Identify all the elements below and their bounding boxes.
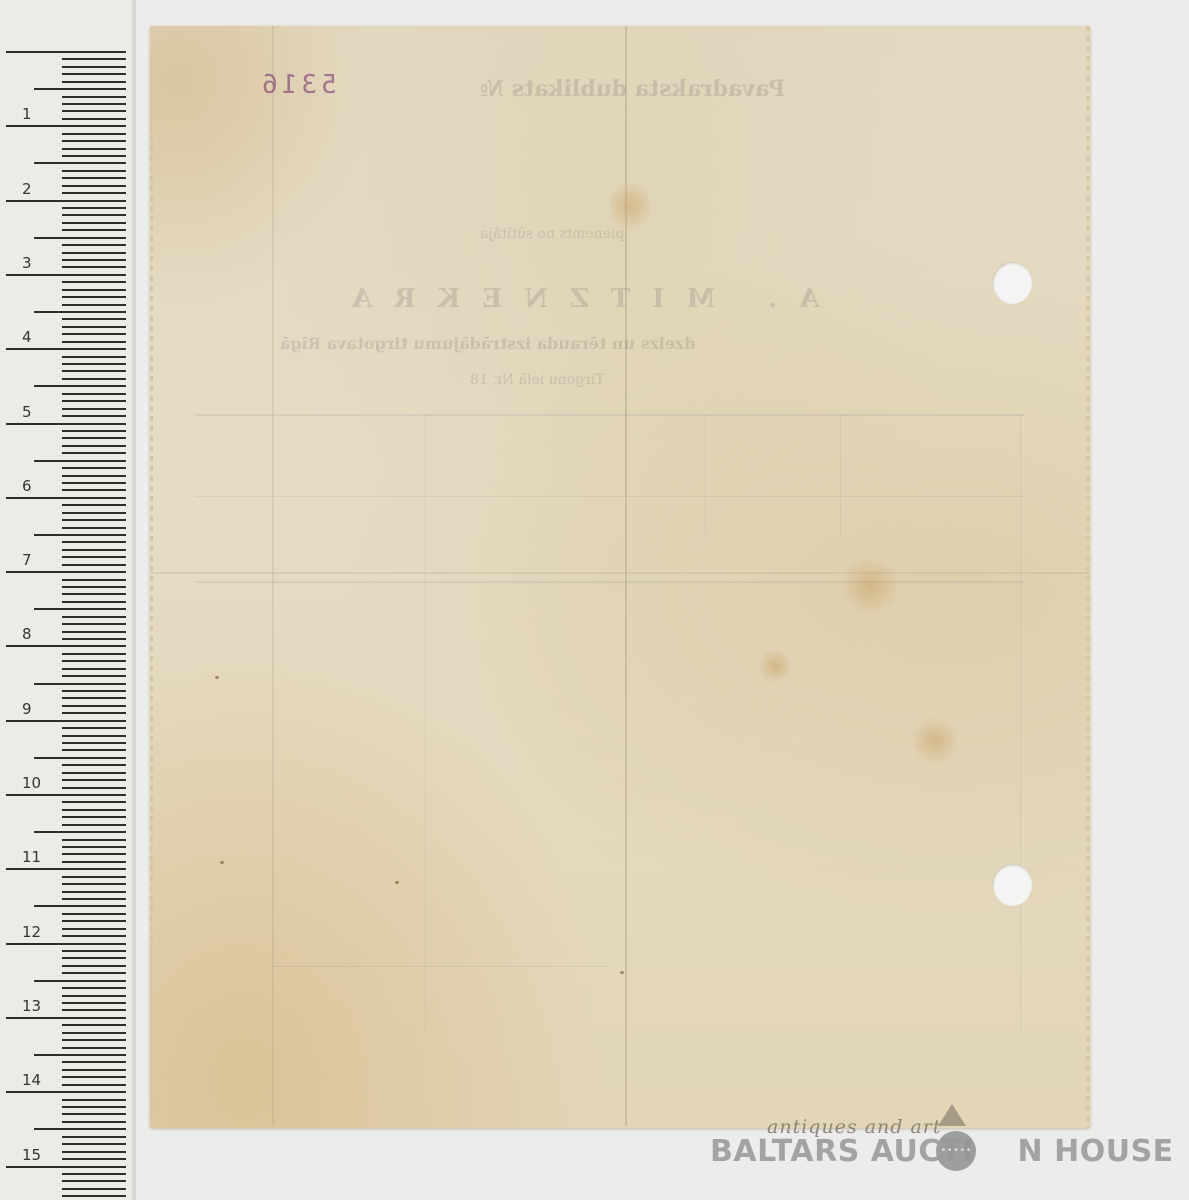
ruler-tick — [62, 370, 126, 372]
ruler-tick — [34, 385, 126, 387]
ruler-tick — [34, 1128, 126, 1130]
ruler-tick — [62, 898, 126, 900]
ruler-tick — [62, 928, 126, 930]
ruler-tick — [62, 846, 126, 848]
ruler-tick — [62, 712, 126, 714]
ruler-tick — [62, 839, 126, 841]
ruler-tick — [62, 140, 126, 142]
ruler-tick — [62, 1173, 126, 1175]
ruler-label: 5 — [22, 403, 32, 421]
ruler-tick — [34, 608, 126, 610]
ruler-tick — [34, 88, 126, 90]
ruler-tick — [62, 155, 126, 157]
ruler-tick — [62, 341, 126, 343]
centimeter-ruler: 123456789101112131415 — [0, 0, 136, 1200]
ruler-tick — [62, 252, 126, 254]
ruler-tick — [34, 534, 126, 536]
table-column — [425, 414, 426, 1034]
ruler-tick — [62, 920, 126, 922]
ruler-tick — [6, 645, 126, 647]
ruler-tick — [6, 200, 126, 202]
ruler-tick — [62, 207, 126, 209]
ruler-tick — [62, 527, 126, 529]
ruler-tick — [62, 705, 126, 707]
stamp-number: 5316 — [258, 70, 337, 100]
ruler-tick — [62, 1099, 126, 1101]
ruler-tick — [62, 430, 126, 432]
punch-hole-top — [992, 262, 1032, 304]
ruler-tick — [62, 333, 126, 335]
ruler-tick — [62, 1024, 126, 1026]
ruler-tick — [62, 185, 126, 187]
ruler-tick — [62, 631, 126, 633]
ruler-tick — [62, 118, 126, 120]
ruler-tick — [62, 452, 126, 454]
ruler-tick — [34, 311, 126, 313]
ruler-tick — [62, 489, 126, 491]
bleed-header: Pavadraksta dublikats № — [480, 76, 785, 102]
ruler-tick — [62, 519, 126, 521]
speck — [620, 971, 624, 974]
ruler-tick — [62, 1069, 126, 1071]
ruler-tick — [62, 222, 126, 224]
ruler-tick — [62, 1009, 126, 1011]
ruler-tick — [62, 556, 126, 558]
ruler-tick — [62, 801, 126, 803]
ruler-tick — [62, 1002, 126, 1004]
ruler-tick — [62, 363, 126, 365]
ruler-tick — [62, 638, 126, 640]
ruler-tick — [62, 601, 126, 603]
ruler-tick — [62, 541, 126, 543]
ruler-tick — [62, 304, 126, 306]
ruler-tick — [62, 697, 126, 699]
ruler-tick — [62, 437, 126, 439]
ruler-tick — [62, 749, 126, 751]
ruler-tick — [62, 1180, 126, 1182]
ruler-tick — [62, 1084, 126, 1086]
ruler-tick — [34, 237, 126, 239]
ruler-tick — [62, 133, 126, 135]
ruler-tick — [62, 1121, 126, 1123]
ruler-tick — [62, 110, 126, 112]
ruler-tick — [6, 1017, 126, 1019]
ruler-tick — [62, 266, 126, 268]
ruler-tick — [6, 794, 126, 796]
ruler-tick — [62, 356, 126, 358]
ruler-tick — [62, 318, 126, 320]
ruler-tick — [6, 274, 126, 276]
ruler-label: 13 — [22, 997, 41, 1015]
ruler-tick — [6, 868, 126, 870]
ruler-tick — [62, 764, 126, 766]
ruler-tick — [62, 177, 126, 179]
ruler-tick — [62, 1188, 126, 1190]
ruler-tick — [62, 96, 126, 98]
document-paper: 5316 Pavadraksta dublikats № pieņemts no… — [150, 26, 1090, 1128]
speck — [395, 881, 399, 884]
ruler-tick — [62, 81, 126, 83]
ruler-tick — [62, 1158, 126, 1160]
ruler-tick — [62, 1061, 126, 1063]
ruler-tick — [62, 586, 126, 588]
ruler-tick — [62, 445, 126, 447]
stain — [760, 646, 790, 686]
ruler-tick — [62, 623, 126, 625]
ruler-tick — [62, 1039, 126, 1041]
ruler-tick — [6, 571, 126, 573]
ruler-tick — [6, 423, 126, 425]
ruler-tick — [62, 103, 126, 105]
ruler-tick — [62, 148, 126, 150]
ruler-label: 1 — [22, 105, 32, 123]
ruler-tick — [6, 1091, 126, 1093]
ruler-tick — [34, 460, 126, 462]
bleed-street: Tirgoņu ielā Nr. 18 — [470, 372, 605, 388]
ruler-tick — [62, 876, 126, 878]
ruler-tick — [62, 1136, 126, 1138]
ruler-tick — [62, 579, 126, 581]
ruler-tick — [62, 393, 126, 395]
ruler-tick — [62, 296, 126, 298]
ruler-tick — [62, 1195, 126, 1197]
ruler-tick — [6, 51, 126, 53]
ruler-tick — [62, 259, 126, 261]
ruler-tick — [6, 497, 126, 499]
crown-icon — [938, 1104, 966, 1126]
ruler-tick — [62, 58, 126, 60]
ruler-tick — [62, 549, 126, 551]
ruler-tick — [62, 772, 126, 774]
ruler-tick — [62, 861, 126, 863]
watermark-brand-left: BALTARS AUCTI — [710, 1134, 974, 1169]
ruler-tick — [34, 905, 126, 907]
ruler-tick — [62, 564, 126, 566]
ruler-tick — [62, 214, 126, 216]
table-column — [705, 414, 706, 534]
punch-hole-bottom — [992, 864, 1032, 906]
perforated-edge-right — [1086, 26, 1090, 1128]
stain — [610, 176, 650, 236]
ruler-tick — [62, 891, 126, 893]
ruler-tick — [62, 1076, 126, 1078]
table-column — [840, 414, 841, 534]
ruler-tick — [62, 824, 126, 826]
ruler-tick — [6, 125, 126, 127]
ruler-tick — [62, 987, 126, 989]
ruler-tick — [62, 668, 126, 670]
ruler-tick — [62, 408, 126, 410]
ruler-tick — [62, 415, 126, 417]
ruler-tick — [62, 1151, 126, 1153]
ruler-label: 14 — [22, 1071, 41, 1089]
ruler-label: 9 — [22, 700, 32, 718]
ruler-tick — [62, 326, 126, 328]
ruler-label: 11 — [22, 848, 41, 866]
table-column — [1020, 414, 1021, 1034]
ruler-tick — [62, 690, 126, 692]
ruler-tick — [62, 400, 126, 402]
table-rule — [195, 414, 1025, 416]
ruler-tick — [34, 757, 126, 759]
ruler-tick — [62, 727, 126, 729]
ruler-label: 7 — [22, 551, 32, 569]
perforated-edge-left — [150, 86, 153, 1126]
ruler-tick — [62, 1143, 126, 1145]
ruler-tick — [62, 467, 126, 469]
watermark-brand-right: N HOUSE — [1018, 1134, 1174, 1169]
ruler-tick — [34, 162, 126, 164]
ruler-label: 3 — [22, 254, 32, 272]
ruler-label: 2 — [22, 180, 32, 198]
ruler-tick — [62, 244, 126, 246]
ruler-tick — [62, 809, 126, 811]
ruler-tick — [62, 192, 126, 194]
ruler-tick — [62, 378, 126, 380]
ruler-tick — [62, 593, 126, 595]
stain — [840, 556, 900, 616]
ruler-label: 6 — [22, 477, 32, 495]
ruler-tick — [62, 1106, 126, 1108]
ruler-tick — [62, 1047, 126, 1049]
ruler-tick — [62, 1032, 126, 1034]
ruler-tick — [62, 512, 126, 514]
watermark-ball: • • • • • — [936, 1131, 976, 1171]
ruler-tick — [62, 742, 126, 744]
speck — [215, 676, 219, 679]
bleed-address: dzelzs un tērauda izstrādājumu tirgotava… — [280, 334, 695, 353]
ruler-tick — [62, 779, 126, 781]
ruler-tick — [62, 281, 126, 283]
table-rule — [270, 966, 610, 967]
ruler-tick — [62, 475, 126, 477]
ruler-tick — [6, 1166, 126, 1168]
ruler-tick — [62, 913, 126, 915]
ruler-tick — [62, 660, 126, 662]
ruler-tick — [62, 853, 126, 855]
ruler-tick — [6, 720, 126, 722]
ruler-tick — [62, 965, 126, 967]
ruler-tick — [62, 66, 126, 68]
ruler-tick — [6, 943, 126, 945]
stain — [910, 716, 960, 766]
ruler-tick — [34, 831, 126, 833]
ruler-tick — [6, 348, 126, 350]
ruler-label: 10 — [22, 774, 41, 792]
ruler-tick — [62, 675, 126, 677]
left-fold — [272, 26, 274, 1126]
ruler-tick — [62, 950, 126, 952]
ruler-tick — [34, 1054, 126, 1056]
horizontal-fold — [150, 572, 1090, 574]
ruler-label: 15 — [22, 1146, 41, 1164]
ruler-tick — [62, 1113, 126, 1115]
ruler-tick — [62, 816, 126, 818]
ruler-tick — [62, 787, 126, 789]
ruler-tick — [62, 289, 126, 291]
ruler-label: 4 — [22, 328, 32, 346]
ruler-tick — [34, 980, 126, 982]
ruler-tick — [62, 482, 126, 484]
speck — [220, 861, 224, 864]
ruler-tick — [62, 995, 126, 997]
ruler-tick — [62, 229, 126, 231]
table-rule — [195, 581, 1025, 583]
ruler-tick — [62, 170, 126, 172]
ruler-tick — [62, 73, 126, 75]
ruler-tick — [34, 683, 126, 685]
bleed-title: A. MITZNEKRA — [330, 284, 820, 314]
bleed-subtitle: pieņemts no sūtītāja — [480, 226, 624, 242]
ruler-tick — [62, 735, 126, 737]
ruler-tick — [62, 883, 126, 885]
ruler-tick — [62, 504, 126, 506]
ruler-label: 12 — [22, 923, 41, 941]
ruler-label: 8 — [22, 625, 32, 643]
ruler-tick — [62, 653, 126, 655]
ruler-tick — [62, 957, 126, 959]
ruler-tick — [62, 935, 126, 937]
ruler-tick — [62, 972, 126, 974]
table-rule — [195, 496, 1025, 497]
ruler-tick — [62, 616, 126, 618]
